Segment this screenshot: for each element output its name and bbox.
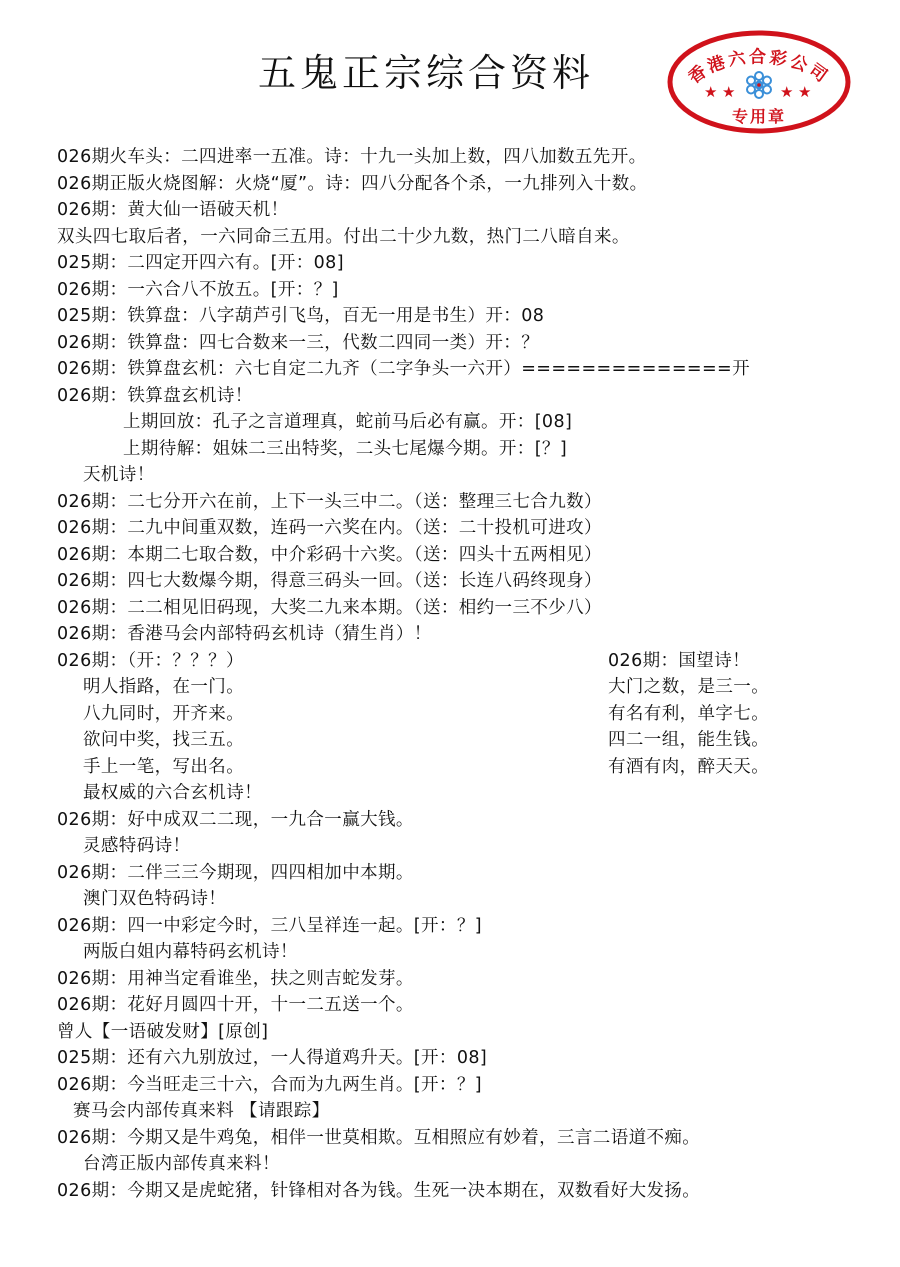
top-lines-section: 026期火车头：二四进率一五准。诗：十九一头加上数，四八加数五先开。026期正版…	[57, 144, 857, 648]
text-line: 026期：四一中彩定今时，三八呈祥连一起。[开：？]	[57, 913, 857, 940]
text-line: 澳门双色特码诗！	[57, 886, 857, 913]
text-line: 026期：四七大数爆今期，得意三码头一回。（送：长连八码终现身）	[57, 568, 857, 595]
text-line: 灵感特码诗！	[57, 833, 857, 860]
text-line: 026期：黄大仙一语破天机！	[57, 197, 857, 224]
text-line: 026期火车头：二四进率一五准。诗：十九一头加上数，四八加数五先开。	[57, 144, 857, 171]
text-line: 026期：本期二七取合数，中介彩码十六奖。（送：四头十五两相见）	[57, 542, 857, 569]
poem-right-line: 有名有利，单字七。	[608, 701, 769, 728]
poem-right-line: 026期：国望诗！	[608, 648, 769, 675]
poem-right-line: 四二一组，能生钱。	[608, 727, 769, 754]
star-icon: ★	[704, 83, 717, 101]
text-line: 两版白姐内幕特码玄机诗！	[57, 939, 857, 966]
poem-right-line: 有酒有肉，醉天天。	[608, 754, 769, 781]
stamp-bottom-text: 专用章	[732, 107, 786, 126]
text-line: 026期：今当旺走三十六，合而为九两生肖。[开：？]	[57, 1072, 857, 1099]
text-line: 025期：铁算盘：八字葫芦引飞鸟，百无一用是书生）开：08	[57, 303, 857, 330]
text-line: 026期：铁算盘玄机：六七自定二九齐（二字争头一六开）=============…	[57, 356, 857, 383]
text-line: 上期回放：孔子之言道理真，蛇前马后必有赢。开：[08]	[57, 409, 857, 436]
text-line: 026期：香港马会内部特码玄机诗（猜生肖）！	[57, 621, 857, 648]
star-icon: ★	[798, 83, 811, 101]
text-line: 最权威的六合玄机诗！	[57, 780, 857, 807]
star-icon: ★	[780, 83, 793, 101]
text-line: 上期待解：姐妹二三出特奖，二头七尾爆今期。开：[？]	[57, 436, 857, 463]
text-line: 025期：二四定开四六有。[开：08]	[57, 250, 857, 277]
text-line: 026期：二九中间重双数，连码一六奖在内。（送：二十投机可进攻）	[57, 515, 857, 542]
text-line: 026期：铁算盘玄机诗！	[57, 383, 857, 410]
text-line: 026期：花好月圆四十开，十一二五送一个。	[57, 992, 857, 1019]
text-line: 双头四七取后者，一六同命三五用。付出二十少九数，热门二八暗自来。	[57, 224, 857, 251]
company-seal-stamp: 香港六合彩公司 ★ ★ ★ ★ 专用章	[666, 30, 852, 134]
star-icon: ★	[722, 83, 735, 101]
text-line: 026期：用神当定看谁坐，扶之则吉蛇发芽。	[57, 966, 857, 993]
text-line: 026期：铁算盘：四七合数来一三，代数二四同一类）开：？	[57, 330, 857, 357]
poem-right-column: 026期：国望诗！大门之数，是三一。有名有利，单字七。四二一组，能生钱。有酒有肉…	[608, 648, 769, 781]
content-lines: 026期火车头：二四进率一五准。诗：十九一头加上数，四八加数五先开。026期正版…	[57, 144, 857, 1204]
page-title: 五鬼正宗综合资料	[258, 48, 594, 98]
text-line: 026期：好中成双二二现，一九合一赢大钱。	[57, 807, 857, 834]
text-line: 台湾正版内部传真来料！	[57, 1151, 857, 1178]
bottom-lines-section: 最权威的六合玄机诗！026期：好中成双二二现，一九合一赢大钱。灵感特码诗！026…	[57, 780, 857, 1204]
text-line: 026期：二二相见旧码现，大奖二九来本期。（送：相约一三不少八）	[57, 595, 857, 622]
text-line: 天机诗！	[57, 462, 857, 489]
poem-right-line: 大门之数，是三一。	[608, 674, 769, 701]
text-line: 026期：今期又是虎蛇猪，针锋相对各为钱。生死一决本期在，双数看好大发扬。	[57, 1178, 857, 1205]
text-line: 026期正版火烧图解：火烧“厦”。诗：四八分配各个杀，一九排列入十数。	[57, 171, 857, 198]
text-line: 026期：二伴三三今期现，四四相加中本期。	[57, 860, 857, 887]
text-line: 赛马会内部传真来料 【请跟踪】	[57, 1098, 857, 1125]
poem-section: 026期：（开：？？？）明人指路，在一门。八九同时，开齐来。欲问中奖，找三五。手…	[57, 648, 857, 781]
text-line: 026期：二七分开六在前，上下一头三中二。（送：整理三七合九数）	[57, 489, 857, 516]
text-line: 026期：今期又是牛鸡兔，相伴一世莫相欺。互相照应有妙着，三言二语道不痴。	[57, 1125, 857, 1152]
text-line: 曾人【一语破发财】[原创]	[57, 1019, 857, 1046]
text-line: 026期：一六合八不放五。[开：？]	[57, 277, 857, 304]
text-line: 025期：还有六九别放过，一人得道鸡升天。[开：08]	[57, 1045, 857, 1072]
